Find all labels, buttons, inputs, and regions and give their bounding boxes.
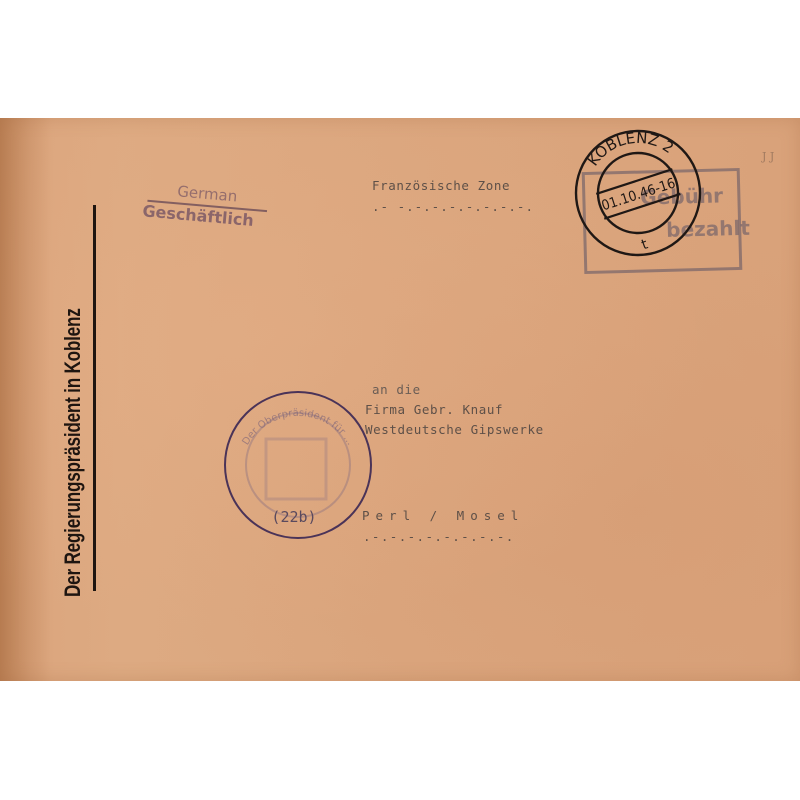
seal-number: (22b) xyxy=(271,508,316,526)
svg-text:KOBLENZ 2: KOBLENZ 2 xyxy=(580,127,679,171)
sender-imprint-label: Der Regierungspräsident in Koblenz xyxy=(58,308,88,597)
german-business-stamp: German Geschäftlich xyxy=(137,179,278,260)
postmark-city: KOBLENZ 2 xyxy=(580,127,679,171)
zone-line: Französische Zone xyxy=(372,178,510,193)
sender-imprint-text: Der Regierungspräsident in Koblenz xyxy=(58,205,88,597)
postmark-letter: t xyxy=(639,236,650,253)
recipient-line-3: Westdeutsche Gipswerke xyxy=(365,422,544,437)
stamp-line-geschaeftlich: Geschäftlich xyxy=(142,201,255,230)
recipient-line-4: Perl / Mosel xyxy=(362,508,524,523)
official-seal-icon: Der Oberpräsident für ... (22b) xyxy=(222,389,374,541)
zone-underline: .- -.-.-.-.-.-.-.-. xyxy=(372,199,534,214)
envelope-edge-shading xyxy=(0,118,50,681)
seal-ring-text: Der Oberpräsident für ... xyxy=(240,408,355,447)
sender-imprint: Der Regierungspräsident in Koblenz xyxy=(58,205,88,597)
stamp-line-german: German xyxy=(177,182,238,205)
sender-rule xyxy=(93,205,96,591)
recipient-line-1: an die xyxy=(372,382,421,397)
recipient-underline: .-.-.-.-.-.-.-.-. xyxy=(363,529,515,544)
recipient-line-2: Firma Gebr. Knauf xyxy=(365,402,503,417)
svg-text:Der Oberpräsident für ...: Der Oberpräsident für ... xyxy=(240,408,355,447)
postmark-icon: 01.10.46-16 KOBLENZ 2 t xyxy=(572,127,704,259)
corner-marks: J J xyxy=(762,150,774,163)
